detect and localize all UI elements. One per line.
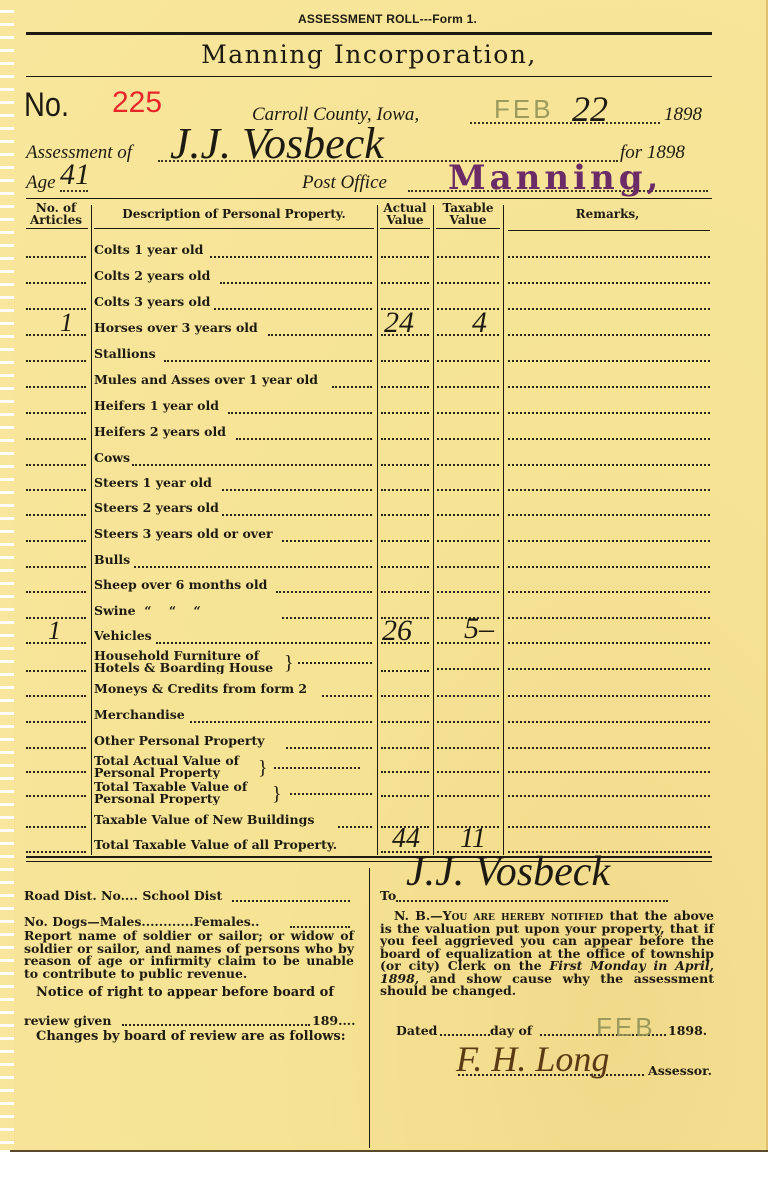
to-label: To — [380, 889, 396, 902]
remarks-field[interactable] — [508, 412, 710, 414]
remarks-field[interactable] — [508, 642, 710, 644]
remarks-field[interactable] — [508, 747, 710, 749]
col-articles-header: No. of Articles — [24, 202, 88, 226]
actual-value-field[interactable] — [381, 489, 429, 491]
table-row: Cows — [0, 450, 775, 470]
table-row: Steers 1 year old — [0, 475, 775, 495]
remarks-field[interactable] — [508, 771, 710, 773]
remarks-field[interactable] — [508, 334, 710, 336]
articles-count[interactable]: 1 — [60, 308, 73, 338]
perforated-edge — [0, 0, 14, 1150]
table-row: Heifers 2 years old — [0, 424, 775, 444]
table-row: Sheep over 6 months old — [0, 577, 775, 597]
dogs-count: No. Dogs—Males............Females.. — [24, 915, 260, 928]
actual-value-field[interactable] — [381, 282, 429, 284]
taxable-value[interactable]: 4 — [472, 306, 487, 340]
description-header-rule — [94, 228, 374, 229]
assessor-label: Assessor. — [648, 1064, 712, 1077]
changes-label: Changes by board of review are as follow… — [36, 1030, 346, 1043]
taxable-value-field[interactable] — [437, 282, 499, 284]
actual-value-field[interactable] — [381, 566, 429, 568]
articles-count[interactable]: 1 — [48, 616, 61, 646]
col-remarks-header: Remarks, — [505, 208, 710, 220]
form-title: ASSESSMENT ROLL---Form 1. — [0, 12, 775, 26]
brace: } — [272, 783, 282, 806]
post-office-label: Post Office — [302, 172, 387, 194]
table-row: Other Personal Property — [0, 733, 775, 753]
actual-value-field[interactable] — [381, 771, 429, 773]
col-actual-header: Actual Value — [379, 202, 431, 226]
taxable-value-field[interactable] — [437, 695, 499, 697]
header-rule — [26, 32, 712, 35]
table-row: Mules and Asses over 1 year old — [0, 372, 775, 392]
table-row: Taxable Value of New Buildings — [0, 812, 775, 832]
table-row: Bulls — [0, 552, 775, 572]
remarks-field[interactable] — [508, 566, 710, 568]
taxable-value-field[interactable] — [437, 591, 499, 593]
taxable-value-field[interactable] — [437, 308, 499, 310]
table-row: Steers 3 years old or over — [0, 526, 775, 546]
table-row: Colts 1 year old — [0, 242, 775, 262]
taxable-value-field[interactable] — [437, 256, 499, 258]
notice-text: N. B.—You are hereby notified that the a… — [380, 910, 714, 998]
table-row: Total Taxable Value of Personal Property… — [0, 781, 775, 807]
table-row: Heifers 1 year old — [0, 398, 775, 418]
road-school-dist: Road Dist. No.... School Dist — [24, 889, 222, 902]
actual-value-field[interactable] — [381, 721, 429, 723]
taxable-value-field[interactable] — [437, 438, 499, 440]
actual-value-field[interactable] — [381, 464, 429, 466]
actual-value-field[interactable] — [381, 540, 429, 542]
age-value[interactable]: 41 — [60, 158, 90, 192]
remarks-field[interactable] — [508, 438, 710, 440]
actual-value-field[interactable] — [381, 514, 429, 516]
remarks-field[interactable] — [508, 514, 710, 516]
taxable-value-field[interactable] — [437, 540, 499, 542]
table-row: 1 Vehicles 26 5– — [0, 628, 775, 648]
actual-value[interactable]: 26 — [382, 614, 412, 648]
brace: } — [284, 652, 294, 675]
actual-value-field[interactable] — [381, 591, 429, 593]
date-day[interactable]: 22 — [572, 88, 608, 130]
roll-number: 225 — [112, 86, 162, 120]
actual-value-field[interactable] — [381, 795, 429, 797]
table-row: Total Taxable Value of all Property. 44 … — [0, 837, 775, 857]
actual-value-field[interactable] — [381, 438, 429, 440]
table-row: Stallions — [0, 346, 775, 366]
table-row: Moneys & Credits from form 2 — [0, 681, 775, 701]
col-taxable-header: Taxable Value — [435, 202, 501, 226]
remarks-field[interactable] — [508, 386, 710, 388]
remarks-field[interactable] — [508, 540, 710, 542]
articles-header-rule — [26, 228, 88, 229]
date-year: 1898 — [664, 104, 702, 126]
taxable-value-field[interactable] — [437, 334, 499, 336]
taxable-value-field[interactable] — [437, 412, 499, 414]
remarks-field[interactable] — [508, 695, 710, 697]
table-row: 1 Horses over 3 years old 24 4 — [0, 320, 775, 340]
soldier-report-text: Report name of soldier or sailor; or wid… — [24, 930, 354, 980]
taxable-value[interactable]: 5– — [464, 612, 494, 646]
to-name[interactable]: J.J. Vosbeck — [406, 848, 610, 896]
taxable-value-field[interactable] — [437, 747, 499, 749]
post-office-stamp[interactable]: Manning, — [448, 158, 662, 198]
taxable-header-rule — [436, 228, 500, 229]
taxable-value-field[interactable] — [437, 360, 499, 362]
day-of-label: day of — [490, 1024, 532, 1037]
taxable-value-field[interactable] — [437, 668, 499, 670]
actual-value[interactable]: 24 — [384, 306, 414, 340]
table-row: Merchandise — [0, 707, 775, 727]
dated-day-field[interactable] — [440, 1034, 490, 1036]
remarks-field[interactable] — [508, 826, 710, 828]
remarks-field[interactable] — [508, 591, 710, 593]
actual-value-field[interactable] — [381, 747, 429, 749]
actual-value-field[interactable] — [381, 412, 429, 414]
remarks-header-rule — [508, 230, 710, 231]
actual-value-field[interactable] — [381, 670, 429, 672]
actual-value-field[interactable] — [381, 386, 429, 388]
review-given-field[interactable] — [122, 1024, 310, 1026]
taxable-value-field[interactable] — [437, 386, 499, 388]
number-label: No. — [24, 86, 69, 125]
actual-value-field[interactable] — [381, 256, 429, 258]
dated-label: Dated — [396, 1024, 437, 1037]
taxable-value-field[interactable] — [437, 721, 499, 723]
review-year: 189.... — [312, 1014, 356, 1027]
taxable-value-field[interactable] — [437, 795, 499, 797]
taxable-value-field[interactable] — [437, 489, 499, 491]
notice-appear-text: Notice of right to appear before board o… — [36, 986, 334, 999]
assessee-name[interactable]: J.J. Vosbeck — [170, 118, 384, 169]
remarks-field[interactable] — [508, 360, 710, 362]
table-row: Steers 2 years old — [0, 500, 775, 520]
brace: } — [258, 757, 268, 780]
col-description-header: Description of Personal Property. — [94, 208, 374, 220]
remarks-field[interactable] — [508, 489, 710, 491]
school-dist-field[interactable] — [232, 900, 350, 902]
review-given-label: review given — [24, 1014, 111, 1027]
remarks-field[interactable] — [508, 721, 710, 723]
taxable-value-field[interactable] — [437, 514, 499, 516]
dated-year: 1898. — [668, 1024, 707, 1037]
footer-divider — [369, 868, 370, 1148]
taxable-value-field[interactable] — [437, 464, 499, 466]
assessor-signature[interactable]: F. H. Long — [456, 1038, 609, 1080]
taxable-value-field[interactable] — [437, 771, 499, 773]
table-row: Total Actual Value of Personal Property … — [0, 755, 775, 781]
date-stamp: FEB — [494, 94, 554, 125]
remarks-field[interactable] — [508, 668, 710, 670]
remarks-field[interactable] — [508, 282, 710, 284]
table-row: Colts 2 years old — [0, 268, 775, 288]
remarks-field[interactable] — [508, 256, 710, 258]
page-title: Manning Incorporation, — [26, 40, 712, 69]
table-row: Household Furniture of Hotels & Boarding… — [0, 650, 775, 676]
actual-value-field[interactable] — [381, 695, 429, 697]
header-bottom-rule — [26, 198, 712, 199]
to-field[interactable] — [396, 900, 668, 902]
remarks-field[interactable] — [508, 795, 710, 797]
remarks-field[interactable] — [508, 464, 710, 466]
title-rule — [26, 76, 712, 77]
actual-value-field[interactable] — [381, 360, 429, 362]
taxable-value-field[interactable] — [437, 566, 499, 568]
remarks-field[interactable] — [508, 308, 710, 310]
remarks-field[interactable] — [508, 617, 710, 619]
age-label: Age — [26, 172, 56, 194]
actual-header-rule — [380, 228, 430, 229]
